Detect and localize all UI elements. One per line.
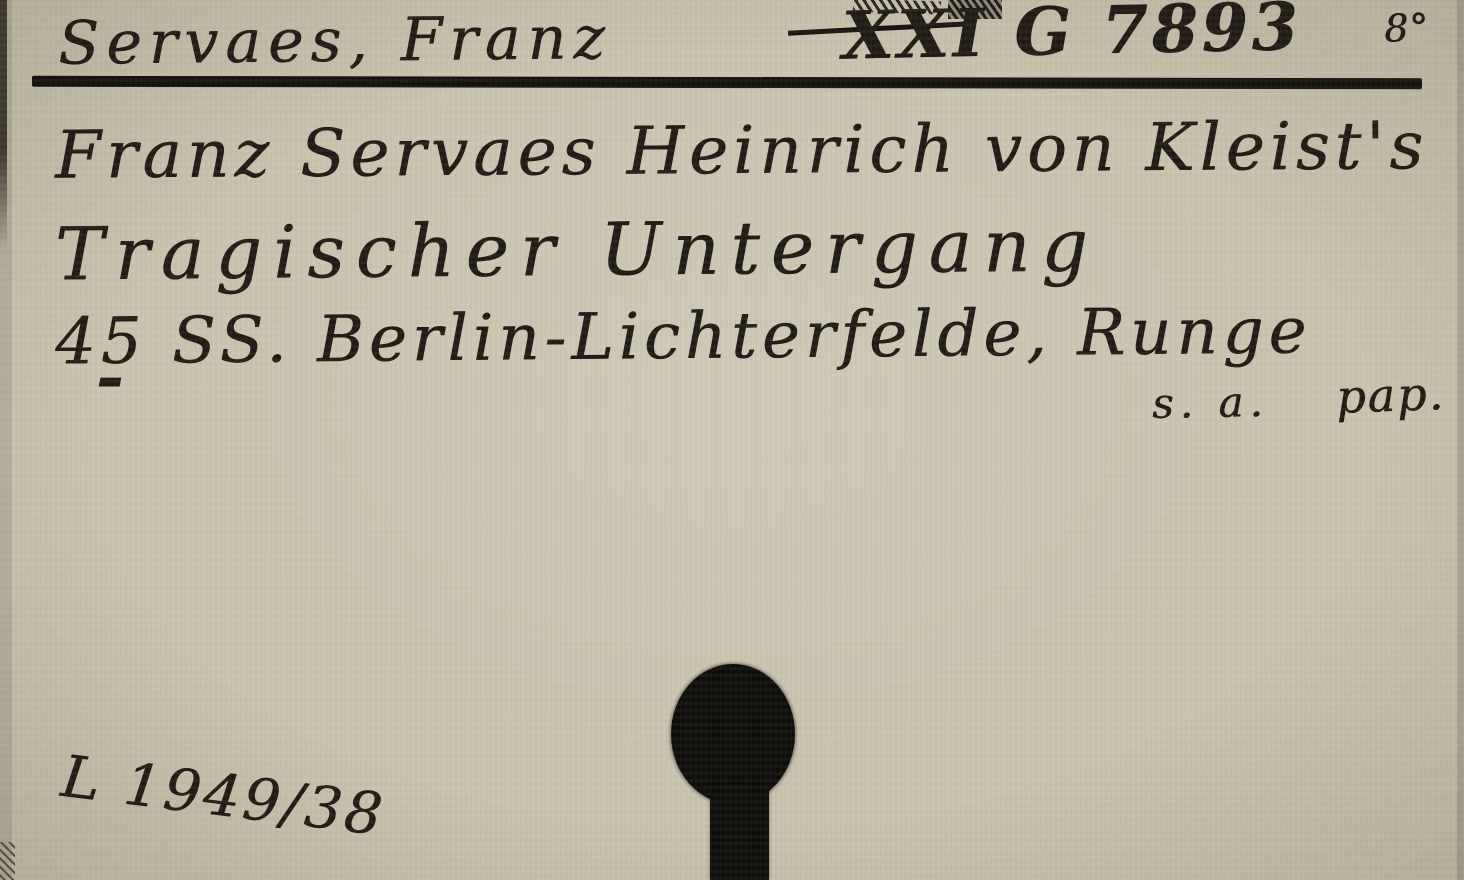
scan-edge-left-dark-strip (0, 0, 7, 250)
title-line-1: Franz Servaes Heinrich von Kleist's (55, 107, 1429, 194)
title-line-2: Tragischer Untergang (55, 203, 1100, 297)
card-punch-hole-slot (710, 786, 769, 880)
shelfmark: XXI G 7893 (841, 0, 1302, 75)
bottom-left-corner-hatch (0, 842, 15, 880)
catalog-card: Servaes, Franz XXI G 7893 8° Franz Serva… (0, 0, 1464, 880)
header-underline-rule (32, 76, 1422, 89)
continuation-dash: - (96, 338, 123, 416)
date-note: s. a. (1152, 377, 1269, 428)
imprint-line: 45 SS. Berlin-Lichterfelde, Runge (55, 295, 1312, 380)
format-designation: 8° (1383, 5, 1430, 51)
card-punch-hole (671, 664, 795, 804)
author-heading: Servaes, Franz (58, 3, 612, 79)
scan-edge-right-shade (1457, 0, 1464, 880)
binding-note: pap. (1335, 366, 1446, 424)
accession-number: L 1949/38 (58, 742, 389, 849)
